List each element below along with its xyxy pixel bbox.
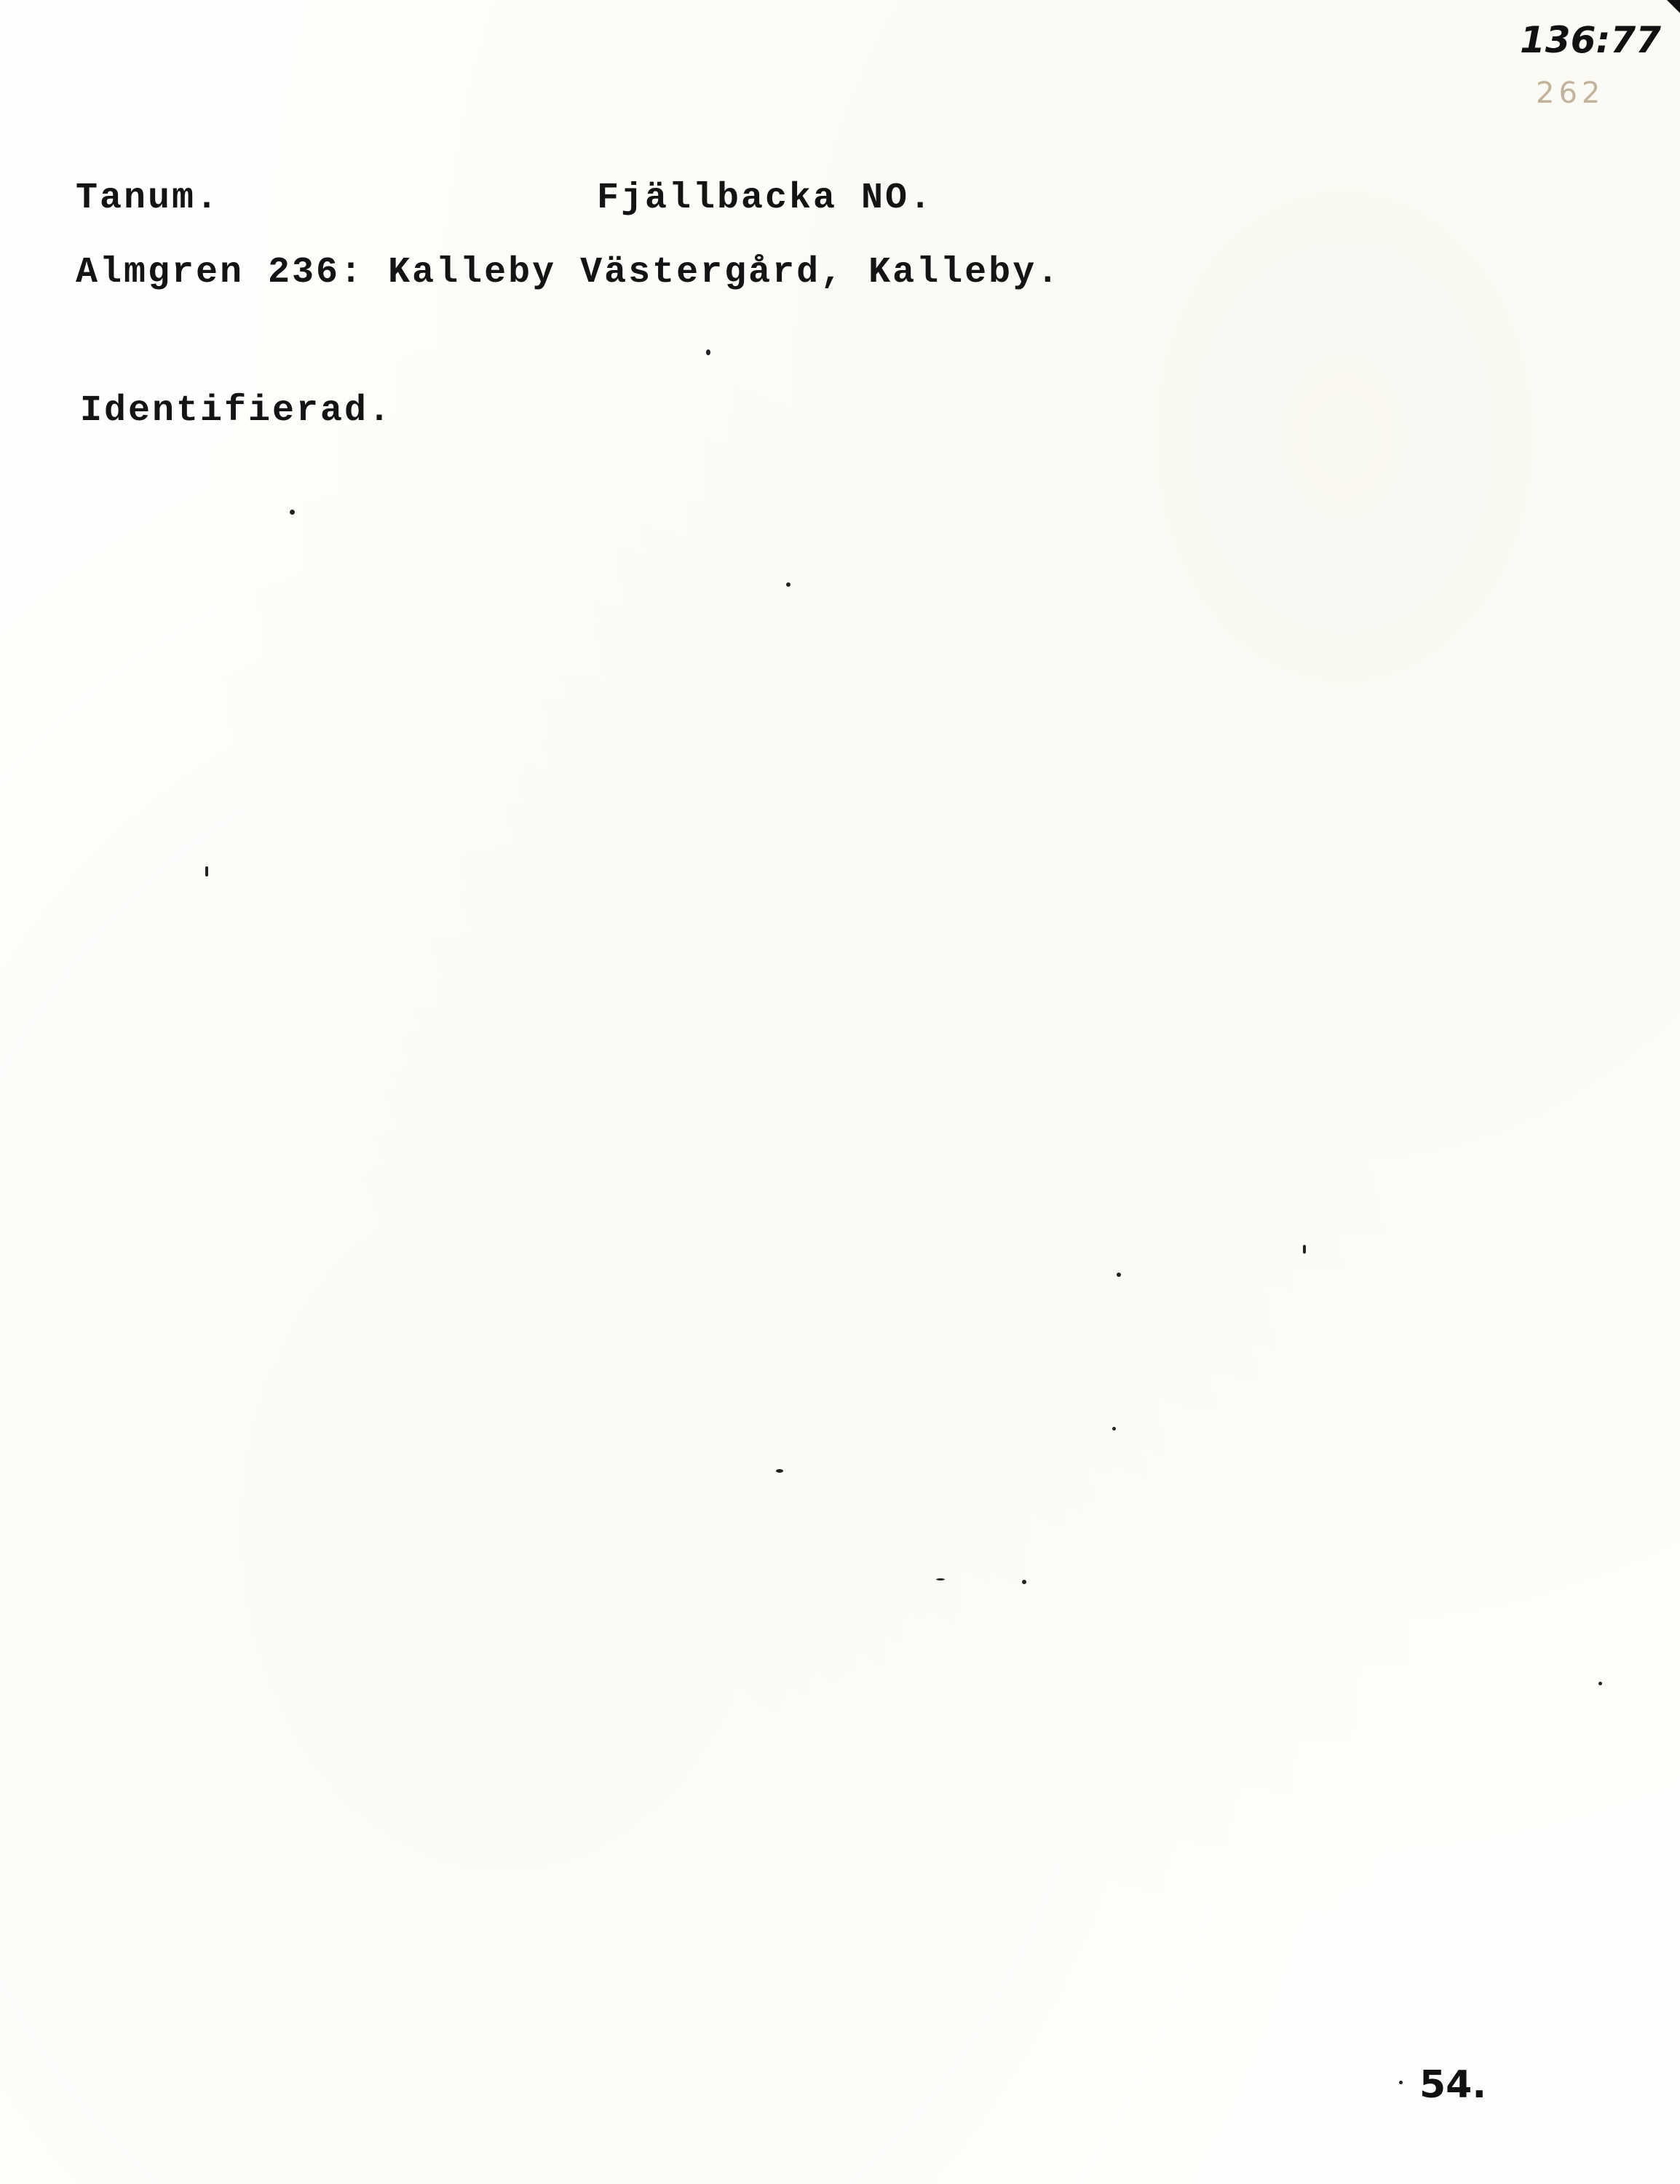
speck — [1399, 2081, 1403, 2084]
speck — [205, 866, 208, 877]
speck — [1598, 1682, 1602, 1685]
index-card: 136:77 262 Tanum. Fjällbacka NO. Almgren… — [0, 0, 1680, 2184]
scan-corner-mark — [1667, 0, 1680, 13]
speck — [1112, 1427, 1116, 1431]
speck — [936, 1578, 945, 1580]
speck — [290, 510, 295, 515]
map-sheet: Fjällbacka NO. — [597, 181, 933, 217]
speck — [1022, 1580, 1026, 1584]
speck — [786, 582, 791, 587]
faint-pencil-number: 262 — [1536, 79, 1604, 108]
parish-name: Tanum. — [76, 181, 220, 217]
speck — [706, 349, 710, 355]
status-text: Identifierad. — [80, 393, 392, 430]
catalog-number: 136:77 — [1520, 22, 1661, 58]
speck — [1303, 1245, 1306, 1254]
page-number: 54. — [1419, 2066, 1486, 2104]
speck — [1117, 1273, 1121, 1277]
reference-line: Almgren 236: Kalleby Västergård, Kalleby… — [76, 255, 1061, 291]
speck — [776, 1469, 783, 1473]
